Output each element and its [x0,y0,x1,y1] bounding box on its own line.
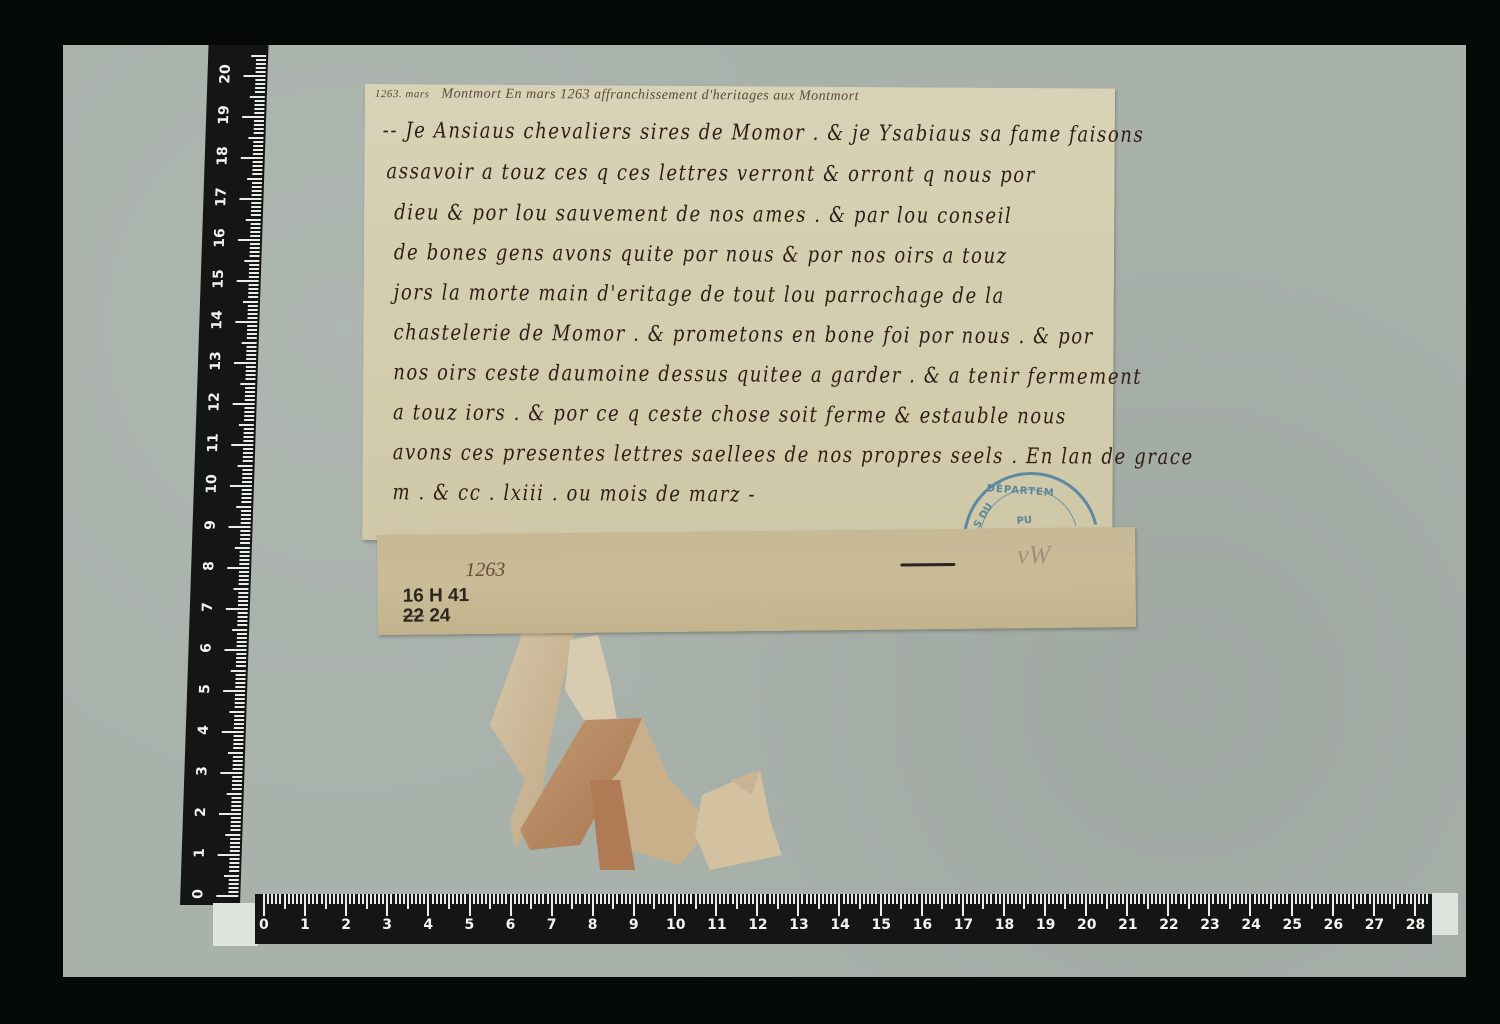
ruler-tick [460,894,462,904]
ruler-tick [1364,894,1366,904]
ruler-label: 9 [202,513,219,537]
ruler-tick [246,354,256,356]
ruler-tick [255,100,265,102]
ruler-tick [1188,894,1190,909]
ruler-tick [244,419,254,421]
ruler-tick [526,894,528,904]
pencil-mark: vW [1017,540,1051,570]
ruler-tick [229,858,239,860]
ruler-tick [1286,894,1288,904]
ruler-tick [232,788,242,790]
ink-dash-mark [900,563,955,567]
ruler-tick [349,894,351,904]
ruler-tick [242,493,252,495]
ruler-tick [551,894,553,916]
ruler-tick [240,551,250,553]
ruler-label: 5 [197,677,214,701]
ruler-tick [304,894,306,916]
ruler-tick [251,223,261,225]
ruler-tick [851,894,853,904]
ruler-tick [238,239,260,241]
ruler-tick [239,559,249,561]
ruler-tick [247,317,257,319]
ruler-tick [236,665,246,667]
ruler-label: 17 [213,185,230,209]
ruler-tick [1052,894,1054,904]
ruler-tick [962,894,964,916]
ruler-tick [1151,894,1153,904]
ruler-tick [699,894,701,904]
ruler-tick [707,894,709,904]
ruler-tick [567,894,569,904]
ruler-tick [427,894,429,916]
ruler-tick [1155,894,1157,904]
ruler-tick [238,616,248,618]
ruler-tick [1048,894,1050,904]
ruler-tick [896,894,898,904]
ruler-tick [797,894,799,916]
ruler-tick [682,894,684,904]
shelf-mark-line1: 16 H 41 [403,586,470,607]
ruler-end-block [1432,893,1458,935]
ruler-tick [250,231,260,233]
ruler-tick [880,894,882,916]
ruler-tick [252,165,262,167]
ruler-tick [995,894,997,904]
ruler-tick [244,415,254,417]
ruler-tick [249,272,259,274]
ruler-tick [223,690,245,692]
ruler-tick [411,894,413,904]
ruler-tick [559,894,561,904]
ruler-tick [382,894,384,904]
ruler-tick [1237,894,1239,904]
ruler-tick [986,894,988,904]
ruler-tick [255,83,265,85]
ruler-tick [292,894,294,904]
ruler-tick [678,894,680,904]
ruler-label: 0 [190,882,207,906]
ruler-tick [1414,894,1416,916]
ruler-tick [325,894,327,909]
text-line: a touz iors . & por ce q ceste chose soi… [393,400,1067,429]
ruler-tick [374,894,376,904]
ruler-tick [254,128,264,130]
ruler-tick [232,629,247,631]
ruler-tick [723,894,725,904]
ruler-tick [224,649,246,651]
ruler-tick [246,374,256,376]
ruler-tick [238,465,253,467]
ruler-tick [604,894,606,904]
ruler-tick [248,309,258,311]
ruler-tick [245,395,255,397]
ruler-tick [235,547,250,549]
ruler-label: 19 [1036,917,1055,933]
ruler-tick [288,894,290,904]
ruler-tick [243,436,253,438]
ruler-tick [1138,894,1140,904]
ruler-tick [1332,894,1334,916]
ruler-tick [229,866,239,868]
ruler-tick [1278,894,1280,904]
ruler-tick [250,96,265,98]
ruler-tick [1221,894,1223,904]
ruler-tick [966,894,968,904]
ruler-tick [241,522,251,524]
ruler-tick [234,715,244,717]
ruler-tick [1406,894,1408,904]
ruler-tick [390,894,392,904]
ruler-tick [822,894,824,904]
ruler-tick [945,894,947,904]
ruler-tick [229,526,251,528]
ruler-tick [608,894,610,904]
ruler-tick [230,838,240,840]
ruler-label: 6 [198,636,215,660]
ruler-tick [275,894,277,904]
ruler-tick [469,894,471,916]
archivist-summary: Montmort En mars 1263 affranchissement d… [441,86,859,104]
ruler-tick [715,894,717,916]
ruler-tick [575,894,577,904]
ruler-tick [248,288,258,290]
ruler-tick [345,894,347,916]
ruler-tick [1069,894,1071,904]
ruler-tick [240,538,250,540]
ruler-tick [843,894,845,904]
ruler-tick [871,894,873,904]
stamp-text-top: DÉPARTEM [986,483,1055,499]
ruler-tick [231,670,246,672]
ruler-tick [518,894,520,904]
ruler-tick [999,894,1001,904]
ruler-tick [243,460,253,462]
ruler-tick [1360,894,1362,904]
ruler-tick [1019,894,1021,904]
ruler-tick [1015,894,1017,904]
ruler-tick [732,894,734,904]
ruler-tick [818,894,820,909]
ruler-label: 22 [1159,917,1178,933]
ruler-tick [892,894,894,904]
ruler-tick [1122,894,1124,904]
ruler-tick [744,894,746,904]
ruler-tick [1299,894,1301,904]
ruler-tick [600,894,602,904]
ruler-tick [252,194,262,196]
ruler-tick [250,243,260,245]
ruler-label: 2 [341,917,351,933]
ruler-tick [236,674,246,676]
ruler-label: 16 [913,917,932,933]
ruler-tick [929,894,931,904]
ruler-tick [236,653,246,655]
ruler-tick [271,894,273,904]
shelf-mark-line2: 22 24 [403,606,470,627]
ruler-tick [239,198,261,200]
ruler-label: 28 [1406,917,1425,933]
ruler-tick [1426,894,1428,904]
ruler-tick [814,894,816,904]
ruler-tick [641,894,643,904]
ruler-tick [1270,894,1272,909]
ruler-tick [497,894,499,904]
ruler-tick [489,894,491,909]
ruler-tick [238,600,248,602]
ruler-tick [1422,894,1424,904]
ruler-label: 4 [423,917,433,933]
ruler-tick [1196,894,1198,904]
ruler-tick [233,760,243,762]
ruler-label: 13 [789,917,808,933]
ruler-tick [249,264,259,266]
ruler-tick [237,633,247,635]
ruler-tick [254,108,264,110]
ruler-tick [241,497,251,499]
ruler-tick [1077,894,1079,904]
text-line: m . & cc . lxiii . ou mois de marz - [392,480,756,507]
ruler-tick [244,432,254,434]
ruler-label: 7 [199,595,216,619]
ruler-label: 7 [547,917,557,933]
ruler-label: 10 [204,472,221,496]
ruler-label: 10 [666,917,685,933]
ruler-tick [231,825,241,827]
ruler-tick [1110,894,1112,904]
ruler-tick [1295,894,1297,904]
ruler-tick [236,506,251,508]
ruler-tick [1101,894,1103,904]
ruler-tick [1401,894,1403,904]
ruler-tick [1397,894,1399,904]
ruler-tick [1225,894,1227,904]
ruler-tick [941,894,943,909]
ruler-tick [456,894,458,904]
ruler-tick [232,768,242,770]
ruler-tick [1126,894,1128,916]
ruler-tick [231,809,241,811]
ruler-tick [452,894,454,904]
ruler-label: 0 [259,917,269,933]
ruler-label: 20 [217,62,234,86]
ruler-tick [250,235,260,237]
ruler-tick [1175,894,1177,904]
ruler-tick [538,894,540,904]
ruler-tick [256,59,266,61]
shelf-mark-number: 24 [429,605,450,626]
ruler-tick [255,91,265,93]
ruler-tick [571,894,573,909]
ruler-label: 3 [194,759,211,783]
ruler-label: 1 [191,841,208,865]
ruler-tick [448,894,450,909]
ruler-tick [711,894,713,904]
ruler-tick [279,894,281,904]
ruler-tick [403,894,405,904]
ruler-tick [1040,894,1042,904]
ruler-tick [419,894,421,904]
ruler-tick [312,894,314,904]
ruler-tick [252,173,262,175]
ruler-tick [978,894,980,904]
ruler-label: 17 [954,917,973,933]
ruler-tick [250,227,260,229]
ruler-tick [481,894,483,904]
ruler-tick [246,370,256,372]
ruler-tick [234,362,256,364]
ruler-tick [362,894,364,904]
ruler-tick [1369,894,1371,904]
ruler-label: 12 [206,390,223,414]
ruler-tick [1418,894,1420,904]
ruler-tick [243,301,258,303]
ruler-tick [477,894,479,904]
ruler-label: 2 [193,800,210,824]
ruler-tick [235,682,245,684]
ruler-tick [237,620,247,622]
ruler-tick [1348,894,1350,904]
ruler-tick [1262,894,1264,904]
ruler-tick [255,79,265,81]
ruler-tick [970,894,972,904]
ruler-tick [249,276,259,278]
stamp-text-center: PU [1016,515,1032,527]
archivist-date: 1263. mars [375,88,430,100]
ruler-tick [246,346,256,348]
ruler-tick [493,894,495,904]
ruler-tick [333,894,335,904]
ruler-tick [1410,894,1412,904]
ruler-tick [218,854,240,856]
ruler-tick [1327,894,1329,904]
ruler-tick [229,711,244,713]
ruler-tick [1085,894,1087,916]
ruler-tick [933,894,935,904]
ruler-tick [243,456,253,458]
ruler-tick [666,894,668,904]
ruler-tick [228,891,238,893]
ruler-label: 14 [209,308,226,332]
ruler-tick [1171,894,1173,904]
ruler-tick [250,247,260,249]
ruler-tick [1204,894,1206,904]
ruler-tick [1200,894,1202,904]
ruler-tick [867,894,869,904]
ruler-tick [244,260,259,262]
ruler-tick [863,894,865,904]
ruler-tick [234,719,244,721]
ruler-tick [244,407,254,409]
ruler-tick [464,894,466,904]
ruler-tick [1134,894,1136,904]
ruler-tick [248,313,258,315]
ruler-tick [252,186,262,188]
ruler-tick [1249,894,1251,916]
ruler-corner-block [213,903,258,946]
ruler-tick [234,727,244,729]
ruler-tick [793,894,795,904]
ruler-tick [953,894,955,904]
ruler-tick [1097,894,1099,904]
ruler-tick [253,149,263,151]
ruler-tick [240,383,255,385]
ruler-tick [250,251,260,253]
ruler-tick [233,756,243,758]
ruler-tick [847,894,849,904]
ruler-label: 23 [1200,917,1219,933]
ruler-tick [386,894,388,916]
ruler-tick [1180,894,1182,904]
ruler-label: 18 [995,917,1014,933]
ruler-tick [235,702,245,704]
ruler-tick [534,894,536,904]
ruler-tick [227,793,242,795]
ruler-tick [1344,894,1346,904]
ruler-tick [231,817,241,819]
ruler-tick [621,894,623,904]
ruler-tick [875,894,877,904]
ruler-tick [1229,894,1231,909]
ruler-tick [510,894,512,916]
charter-parchment: 1263. mars Montmort En mars 1263 affranc… [362,84,1115,545]
ruler-tick [254,124,264,126]
ruler-tick [249,268,259,270]
ruler-tick [284,894,286,909]
ruler-tick [982,894,984,909]
ruler-tick [231,805,241,807]
ruler-label: 19 [216,103,233,127]
horizontal-scale-ruler: 0123456789101112131415161718192021222324… [255,894,1432,944]
ruler-tick [300,894,302,904]
ruler-tick [501,894,503,904]
ruler-tick [243,452,253,454]
ruler-label: 24 [1241,917,1260,933]
ruler-tick [236,657,246,659]
ruler-tick [727,894,729,904]
ruler-tick [395,894,397,904]
ruler-tick [658,894,660,904]
ruler-tick [1118,894,1120,904]
ruler-tick [1323,894,1325,904]
ruler-tick [555,894,557,904]
ruler-label: 3 [382,917,392,933]
ruler-tick [921,894,923,916]
ruler-tick [227,567,249,569]
charter-fold-plica: 1263 16 H 41 22 24 vW [377,527,1136,635]
ruler-tick [1233,894,1235,904]
ruler-tick [530,894,532,909]
ruler-label: 9 [629,917,639,933]
ruler-tick [239,424,254,426]
ruler-tick [958,894,960,904]
ruler-tick [234,723,244,725]
ruler-tick [249,255,259,257]
ruler-tick [1163,894,1165,904]
ruler-tick [237,645,247,647]
ruler-tick [254,112,264,114]
ruler-tick [649,894,651,904]
ruler-tick [436,894,438,904]
ruler-tick [1291,894,1293,916]
ruler-tick [229,883,239,885]
ruler-tick [235,321,257,323]
ruler-tick [1130,894,1132,904]
ruler-tick [245,378,255,380]
ruler-tick [246,219,261,221]
ruler-tick [900,894,902,909]
ruler-tick [579,894,581,904]
